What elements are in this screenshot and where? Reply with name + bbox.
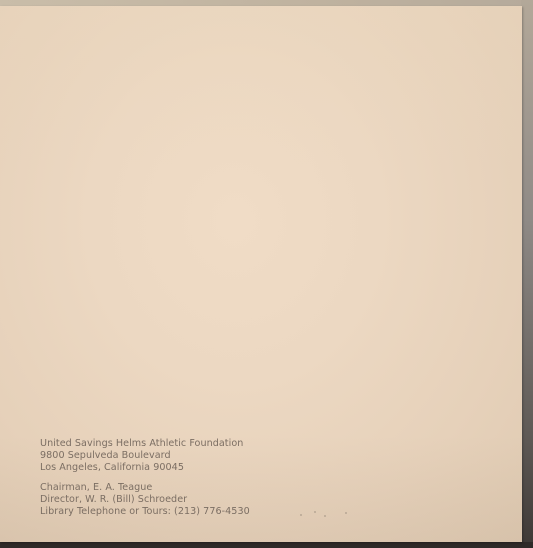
- chairman-line: Chairman, E. A. Teague: [40, 482, 250, 494]
- paper-specks: [300, 510, 360, 520]
- street-address: 9800 Sepulveda Boulevard: [40, 450, 250, 462]
- background-bottom-edge: [0, 542, 533, 548]
- background-right-edge: [521, 0, 533, 548]
- foundation-name: United Savings Helms Athletic Foundation: [40, 438, 250, 450]
- director-line: Director, W. R. (Bill) Schroeder: [40, 494, 250, 506]
- photo-scene: United Savings Helms Athletic Foundation…: [0, 0, 533, 548]
- city-state-zip: Los Angeles, California 90045: [40, 462, 250, 474]
- spacer: [40, 474, 250, 482]
- foundation-info: United Savings Helms Athletic Foundation…: [40, 438, 250, 518]
- telephone-line: Library Telephone or Tours: (213) 776-45…: [40, 506, 250, 518]
